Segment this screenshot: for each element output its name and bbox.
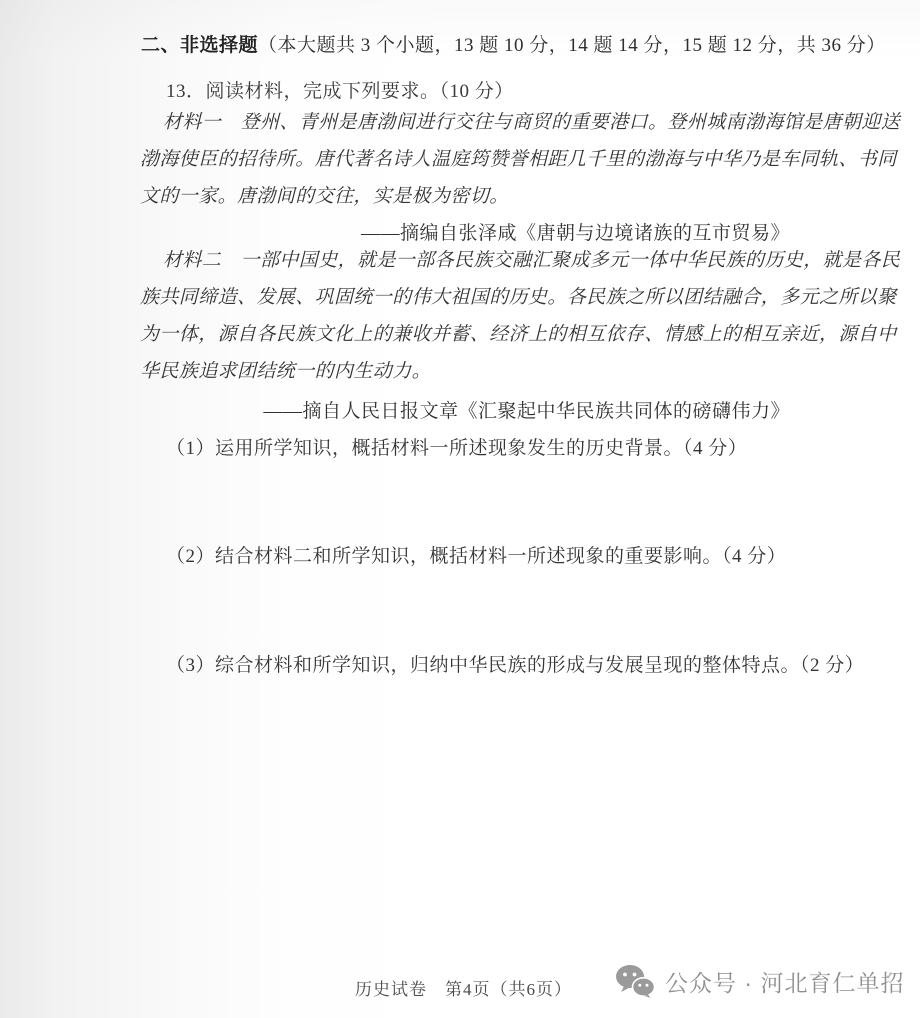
- wechat-label: 公众号 · 河北育仁单招: [665, 965, 904, 998]
- wechat-watermark-badge: 公众号 · 河北育仁单招: [615, 964, 904, 998]
- exam-paper-page: 二、非选择题（本大题共 3 个小题，13 题 10 分，14 题 14 分，15…: [0, 0, 920, 1018]
- section-header-detail: （本大题共 3 个小题，13 题 10 分，14 题 14 分，15 题 12 …: [258, 35, 886, 56]
- material-1-line-2: 渤海使臣的招待所。唐代著名诗人温庭筠赞誉相距几千里的渤海与中华乃是车同轨、书同: [140, 141, 792, 178]
- material-1-source: ——摘编自张泽咸《唐朝与边境诸族的互市贸易》: [361, 218, 790, 245]
- material-2-line-3: 为一体，源自各民族文化上的兼收并蓄、经济上的相互依存、情感上的相互亲近，源自中: [140, 316, 792, 353]
- material-2-line-1: 材料二 一部中国史，就是一部各民族交融汇聚成多元一体中华民族的历史，就是各民: [140, 242, 792, 279]
- section-header-title: 二、非选择题: [141, 35, 258, 56]
- question-13-part-1: （1）运用所学知识，概括材料一所述现象发生的历史背景。（4 分）: [166, 433, 747, 460]
- material-1-line-1: 材料一 登州、青州是唐渤间进行交往与商贸的重要港口。登州城南渤海馆是唐朝迎送: [140, 104, 792, 141]
- wechat-icon: [615, 964, 655, 998]
- question-13-part-3: （3）综合材料和所学知识，归纳中华民族的形成与发展呈现的整体特点。（2 分）: [166, 650, 864, 677]
- page-number-footer: 历史试卷 第4页（共6页）: [355, 975, 572, 1000]
- question-13-part-2: （2）结合材料二和所学知识，概括材料一所述现象的重要影响。（4 分）: [166, 541, 786, 568]
- section-header: 二、非选择题（本大题共 3 个小题，13 题 10 分，14 题 14 分，15…: [141, 30, 886, 57]
- material-2-source: ——摘自人民日报文章《汇聚起中华民族共同体的磅礴伟力》: [263, 396, 790, 423]
- material-2-paragraph: 材料二 一部中国史，就是一部各民族交融汇聚成多元一体中华民族的历史，就是各民 族…: [140, 242, 792, 390]
- material-2-line-2: 族共同缔造、发展、巩固统一的伟大祖国的历史。各民族之所以团结融合，多元之所以聚: [140, 279, 792, 316]
- question-13-intro: 13．阅读材料，完成下列要求。（10 分）: [166, 76, 514, 103]
- material-2-line-4: 华民族追求团结统一的内生动力。: [140, 353, 792, 390]
- material-1-paragraph: 材料一 登州、青州是唐渤间进行交往与商贸的重要港口。登州城南渤海馆是唐朝迎送 渤…: [140, 104, 792, 215]
- material-1-line-3: 文的一家。唐渤间的交往，实是极为密切。: [140, 178, 792, 215]
